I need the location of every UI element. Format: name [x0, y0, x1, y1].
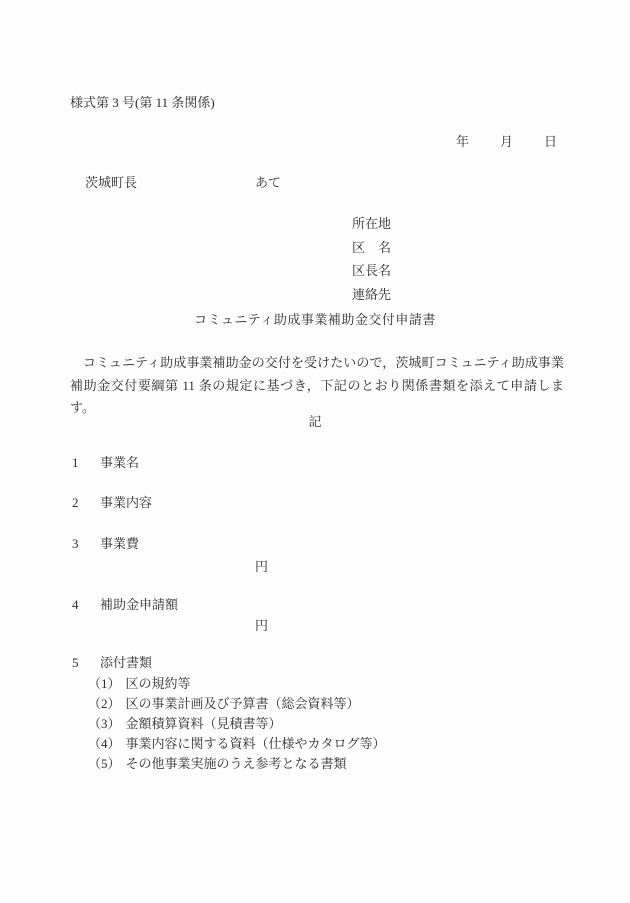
year-label: 年 [456, 135, 469, 148]
attachment-row: （5） その他事業実施のうえ参考となる書類 [88, 757, 347, 770]
item-number: 1 [72, 456, 100, 469]
item-project-name: 1 事業名 [72, 456, 139, 469]
applicant-field-location: 所在地 [352, 217, 391, 241]
attachment-marker: （3） [88, 717, 121, 730]
document-title: コミュニティ助成事業補助金交付申請書 [0, 313, 630, 326]
applicant-field-contact: 連絡先 [352, 288, 391, 312]
item-number: 3 [72, 537, 100, 550]
recipient-name: 茨城町長 [85, 176, 255, 189]
form-number: 様式第 3 号(第 11 条関係) [70, 96, 215, 109]
item-label: 補助金申請額 [100, 598, 178, 611]
applicant-field-district-name: 区 名 [352, 241, 391, 265]
month-label: 月 [500, 135, 513, 148]
applicant-field-district-chief: 区長名 [352, 264, 391, 288]
attachment-row: （3） 金額積算資料（見積書等） [88, 717, 282, 730]
item-number: 5 [72, 656, 100, 669]
item-attachments: 5 添付書類 [72, 656, 152, 669]
item-subsidy-amount: 4 補助金申請額 [72, 598, 178, 611]
item-number: 2 [72, 496, 100, 509]
attachment-text: 区の規約等 [126, 677, 191, 690]
item-project-details: 2 事業内容 [72, 496, 152, 509]
item-label: 事業内容 [100, 496, 152, 509]
item-number: 4 [72, 598, 100, 611]
body-paragraph: コミュニティ助成事業補助金の交付を受けたいので，茨城町コミュニティ助成事業補助金… [70, 352, 564, 420]
attachment-row: （4） 事業内容に関する資料（仕様やカタログ等） [88, 737, 386, 750]
item-label: 事業費 [100, 537, 139, 550]
subsidy-amount-unit: 円 [255, 619, 268, 632]
attachment-marker: （2） [88, 697, 121, 710]
attachment-row: （1） 区の規約等 [88, 677, 191, 690]
attachment-row: （2） 区の事業計画及び予算書（総会資料等） [88, 697, 360, 710]
attachment-marker: （1） [88, 677, 121, 690]
project-cost-unit: 円 [255, 560, 268, 573]
attachment-text: 金額積算資料（見積書等） [126, 717, 282, 730]
item-project-cost: 3 事業費 [72, 537, 139, 550]
applicant-block: 所在地 区 名 区長名 連絡先 [352, 217, 391, 311]
addressee-suffix: あて [255, 175, 281, 190]
application-form-page: 様式第 3 号(第 11 条関係) 年 月 日 茨城町長あて 所在地 区 名 区… [0, 0, 630, 903]
attachment-marker: （4） [88, 737, 121, 750]
item-label: 事業名 [100, 456, 139, 469]
attachment-marker: （5） [88, 757, 121, 770]
date-line: 年 月 日 [456, 135, 557, 148]
addressee-line: 茨城町長あて [85, 176, 281, 189]
attachment-text: その他事業実施のうえ参考となる書類 [126, 757, 347, 770]
attachment-text: 区の事業計画及び予算書（総会資料等） [126, 697, 360, 710]
item-label: 添付書類 [100, 656, 152, 669]
record-marker: 記 [0, 415, 630, 428]
day-label: 日 [544, 135, 557, 148]
attachment-text: 事業内容に関する資料（仕様やカタログ等） [126, 737, 386, 750]
